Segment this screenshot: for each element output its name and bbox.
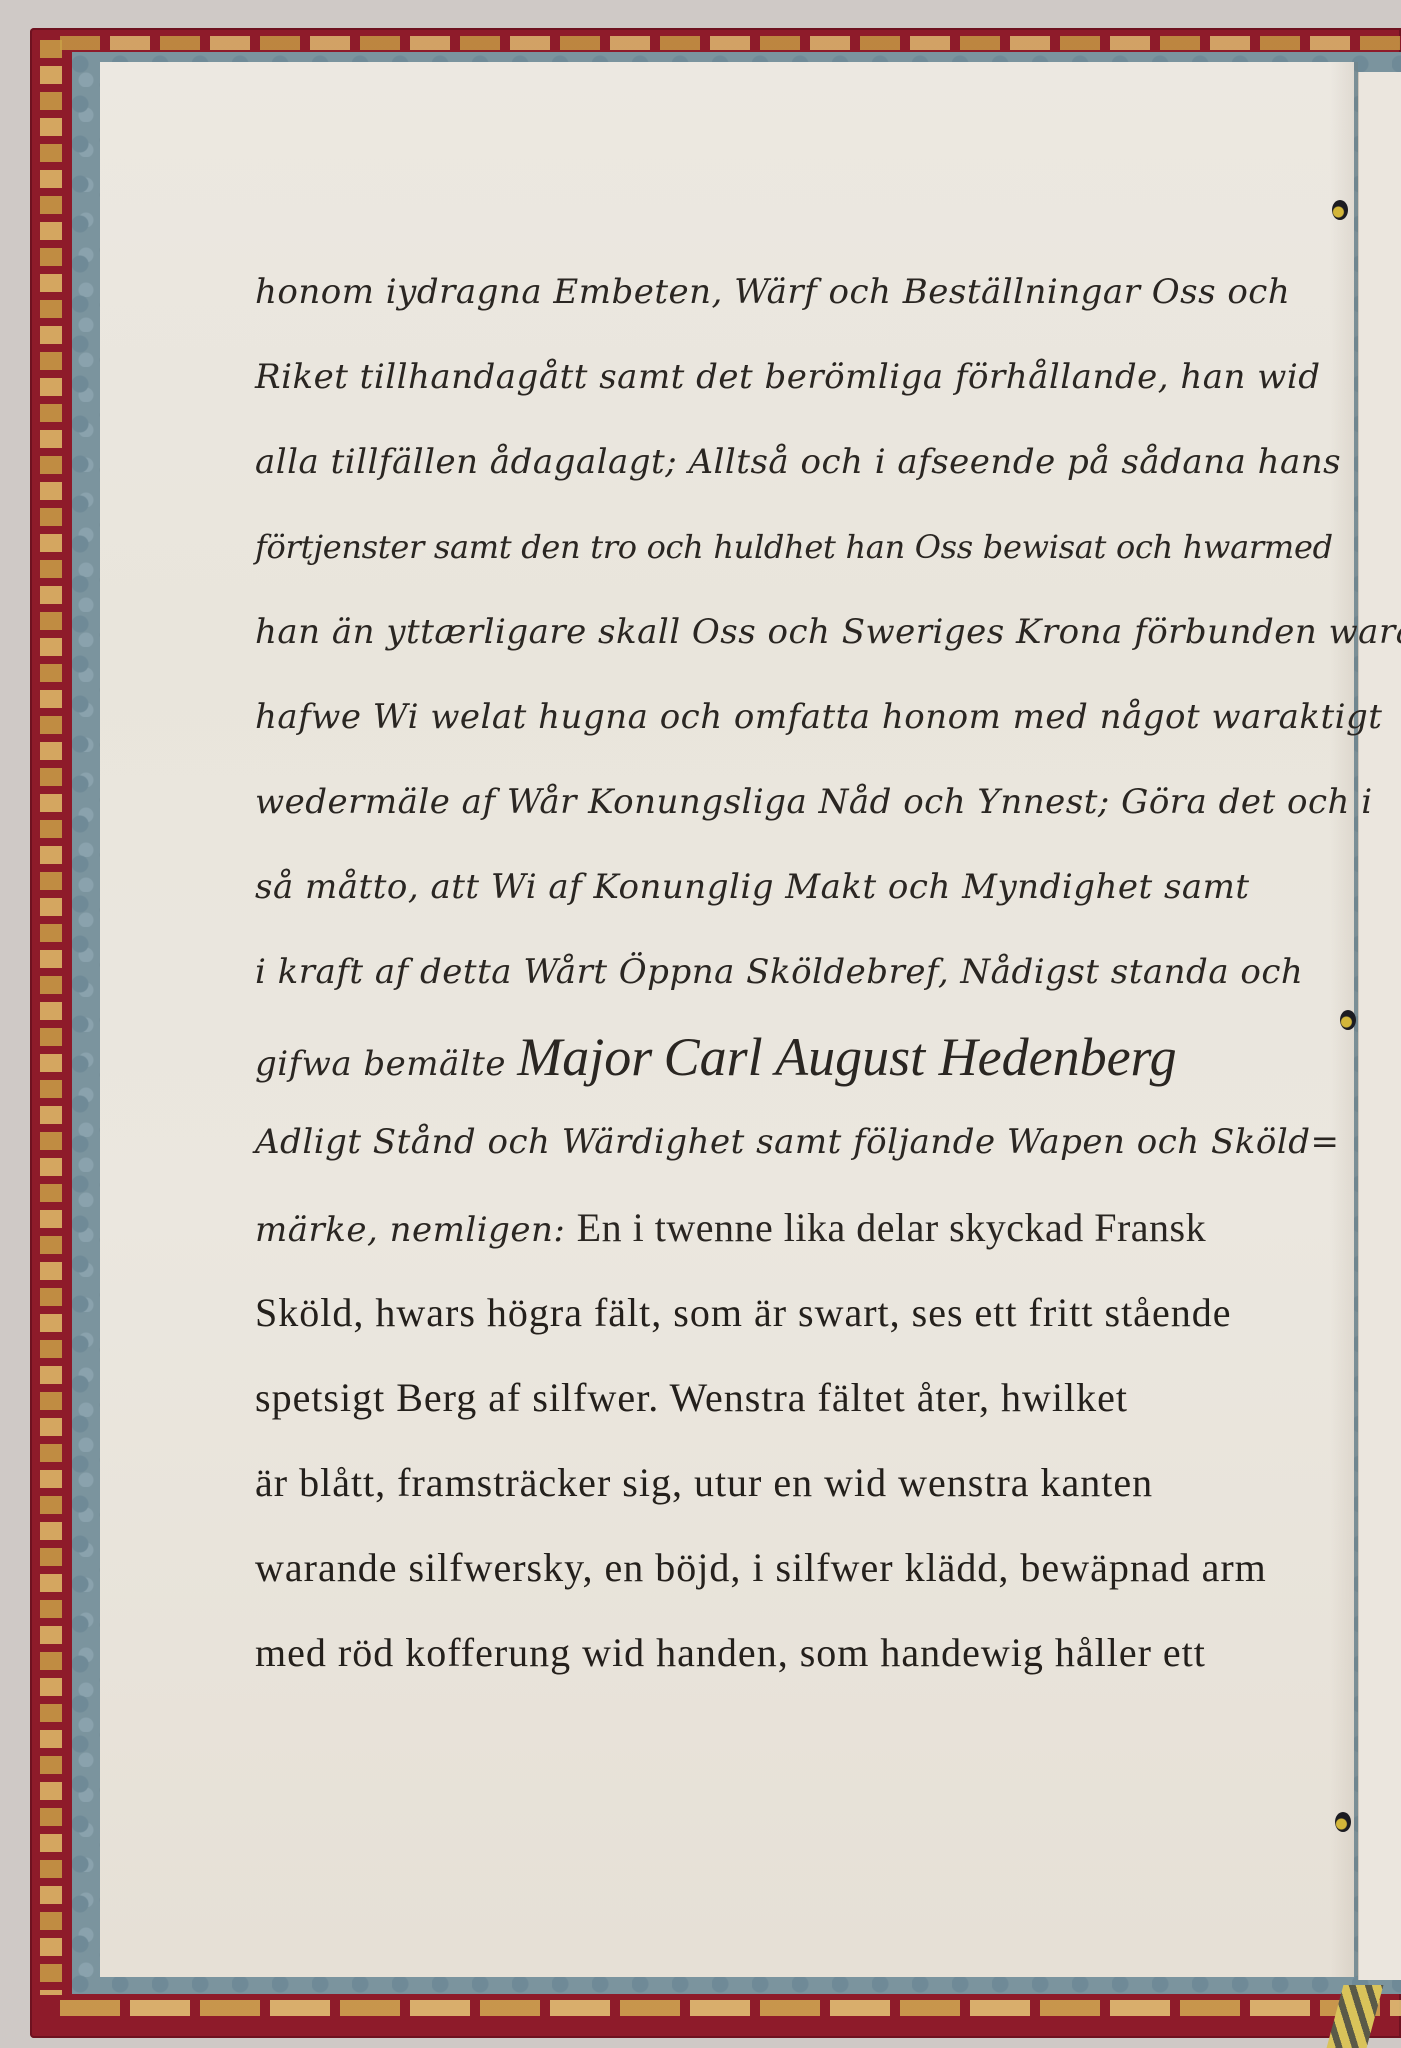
facing-page-edge	[1358, 72, 1401, 1980]
text-line: spetsigt Berg af silfwer. Wenstra fältet…	[255, 1355, 1305, 1440]
name-line-prefix: gifwa bemälte	[255, 1044, 506, 1084]
blazon-prefix: märke, nemligen:	[255, 1210, 565, 1250]
text-line: förtjenster samt den tro och huldhet han…	[255, 505, 1305, 590]
recipient-name: Carl August Hedenberg	[664, 1027, 1177, 1087]
text-line: så måtto, att Wi af Konunglig Makt och M…	[255, 845, 1305, 930]
text-line: alla tillfällen ådagalagt; Alltså och i …	[255, 420, 1305, 505]
text-line: i kraft af detta Wårt Öppna Sköldebref, …	[255, 930, 1305, 1015]
binding-hole-icon	[1340, 1010, 1356, 1030]
text-line: är blått, framsträcker sig, utur en wid …	[255, 1440, 1305, 1525]
text-line: wedermäle af Wår Konungsliga Nåd och Ynn…	[255, 760, 1305, 845]
recipient-title: Major	[517, 1027, 652, 1087]
text-line: honom iydragna Embeten, Wärf och Beställ…	[255, 250, 1305, 335]
gilt-border-left	[40, 40, 62, 1995]
text-line: med röd kofferung wid handen, som handew…	[255, 1610, 1305, 1695]
manuscript-text: honom iydragna Embeten, Wärf och Beställ…	[255, 250, 1305, 1695]
binding-hole-icon	[1332, 200, 1348, 220]
text-line: han än yttærligare skall Oss och Swerige…	[255, 590, 1305, 675]
blazon-text: En i twenne lika delar skyckad Fransk	[577, 1205, 1206, 1250]
gilt-border-bottom	[60, 2000, 1401, 2016]
binding-hole-icon	[1335, 1812, 1351, 1832]
name-line: gifwa bemälte Major Carl August Hedenber…	[255, 1015, 1305, 1100]
text-line: Riket tillhandagått samt det berömliga f…	[255, 335, 1305, 420]
text-line: Adligt Stånd och Wärdighet samt följande…	[255, 1100, 1305, 1185]
text-line: Sköld, hwars högra fält, som är swart, s…	[255, 1270, 1305, 1355]
gilt-border-top	[60, 36, 1401, 50]
text-line: warande silfwersky, en böjd, i silfwer k…	[255, 1525, 1305, 1610]
text-line: hafwe Wi welat hugna och omfatta honom m…	[255, 675, 1305, 760]
blazon-line: märke, nemligen: En i twenne lika delar …	[255, 1185, 1305, 1270]
